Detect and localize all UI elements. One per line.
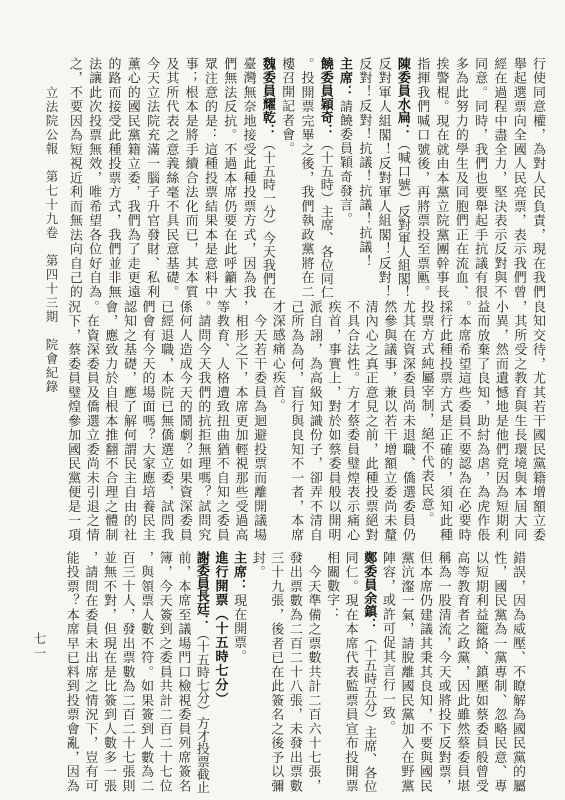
text-column: 百三十人，發出票數為二百二十七張則 xyxy=(119,551,138,793)
gazette-page: 立法院公報 第七十九卷 第四十三期 院會紀錄 行使同意權，為對人民負責，現在我們… xyxy=(0,0,565,800)
text-band-top: 行使同意權，為對人民負責，現在我們舉起選票向全國人民亮票，表示我們曾經在過程中盡… xyxy=(66,57,548,299)
text-column: 。在資深委員及僑選立委尚未引退之情 xyxy=(83,300,102,542)
text-column: ，與領票人數不符。如果簽到人數為二 xyxy=(138,551,157,793)
text-column: 魏委員耀乾：（十五時一分）今天我們在 xyxy=(259,57,278,299)
text-column: 的路而接受此種投票方式，我們並非無 xyxy=(104,57,123,299)
text-column: 係何人造成今天的鬧劇？如果資深委員 xyxy=(176,300,195,542)
text-column: ，其所受之教育與生長環境與本屆大同 xyxy=(511,300,530,542)
text-column: 相關數字： xyxy=(323,551,342,793)
text-column: 饒委員穎奇：（十五時）主席、各位同仁 xyxy=(316,57,335,299)
text-column: 。本席希望這些委員不要認為在必要時 xyxy=(455,300,474,542)
text-column: 派自詡，為高級知識份子，卻弄不清自 xyxy=(306,300,325,542)
text-column: ，請問在委員未出席之情況下，豈有可 xyxy=(82,551,101,793)
text-column: 事；根本是將手續合法化而已，其本質 xyxy=(181,57,200,299)
page-number: 七一 xyxy=(30,632,48,661)
text-column: 己所為為何，盲行與良知不一者，本席 xyxy=(288,300,307,542)
text-column: 主席：請饒委員穎奇發言。 xyxy=(336,57,355,299)
text-column: 及其所代表之意義絲毫不具民意基礎。 xyxy=(162,57,181,299)
text-column: 今天準備之票數共計二百六十七張， xyxy=(305,551,324,793)
text-column: 錯誤，因為威壓、不瞭解為國民黨的屬 xyxy=(509,551,528,793)
text-column: 指揮我們喊口號後，再將票投至票匭。 xyxy=(413,57,432,299)
text-column: 。請問今天我們的抗拒無理嗎？試問究 xyxy=(195,300,214,542)
text-column: 謝委員長廷：（十五時七分）方才投票截止 xyxy=(193,551,212,793)
text-column: 同仁。現在本席代表監票員宣布投開票 xyxy=(342,551,361,793)
text-column: 們會有今天的場面嗎？大家應培養民主 xyxy=(139,300,158,542)
text-column: 益而放棄了良知，助紂為虐，為虎作倀 xyxy=(474,300,493,542)
text-column: 認知之基礎，應了解何謂民主自由的社 xyxy=(120,300,139,542)
text-column: 法讓此次投票無效，唯希望各位好自為 xyxy=(85,57,104,299)
text-column: 樓召開記者會。 xyxy=(278,57,297,299)
text-column: 才深感痛心疾首。 xyxy=(269,300,288,542)
text-column: 尤其在資深委員尚未退職、僑選委員仍 xyxy=(399,300,418,542)
text-column: 眾注意的是：這種投票結果本是意料中 xyxy=(201,57,220,299)
text-column: 發出票數為二百二十八張，未發出票數 xyxy=(286,551,305,793)
text-column: 三十九張，後者已在此簽名之後予以彌 xyxy=(268,551,287,793)
text-column: 薰心的國民黨籍立委，我們為了走更遠 xyxy=(123,57,142,299)
text-column: 性，國民黨為一黨專制、忽略民意、專 xyxy=(491,551,510,793)
text-column: 今天立法院充滿一腦子升官發財、私利 xyxy=(143,57,162,299)
text-column: 稱為一股清流，今天或將投下反對票， xyxy=(435,551,454,793)
text-column: 但本席仍建議其秉其良知，不要與國民 xyxy=(416,551,435,793)
text-column: 簿，今天簽到之委員共計二百二十七位 xyxy=(156,551,175,793)
text-column: 能投票？本席早已料到投票會亂，因為 xyxy=(63,551,82,793)
text-column: 反對！反對！抗議！抗議！抗議！ xyxy=(355,57,374,299)
text-band-middle: 良知交待，尤其若干國民黨籍增額立委，其所受之教育與生長環境與本屆大同小異，然而遺… xyxy=(65,300,548,542)
gazette-margin-title: 立法院公報 第七十九卷 第四十三期 院會紀錄 xyxy=(42,86,60,394)
text-column: 黨沆瀣一氣，請脫離國民黨加入在野黨 xyxy=(398,551,417,793)
text-column: 小異，然而遺憾地是他們竟因為短期利 xyxy=(492,300,511,542)
text-column: 多為此努力的學生及同胞們正在流血、 xyxy=(452,57,471,299)
text-column: 挨警棍。現在就由本黨立院黨團幹事長 xyxy=(432,57,451,299)
text-column: 前，本席至議場門口檢視委員列席簽名 xyxy=(175,551,194,793)
text-column: 以短期利益籠絡、鎮壓如蔡委員般曾受 xyxy=(472,551,491,793)
text-column: 良知交待，尤其若干國民黨籍增額立委 xyxy=(529,300,548,542)
text-column: 疾首，事實上，對於如蔡委員般以開明 xyxy=(325,300,344,542)
text-column: 今天若干委員為迴避投票而離開議場 xyxy=(251,300,270,542)
text-column: 主席：現在開票。 xyxy=(231,551,250,793)
text-column: 陳委員水扁：（喊口號）反對軍人組閣！ xyxy=(394,57,413,299)
text-column: 鄭委員余鎮：（十五時五分）主席、各位 xyxy=(361,551,380,793)
text-column: 同意。同時，我們也要舉起手抗議有很 xyxy=(471,57,490,299)
text-column: 臺灣無奈地接受此種投票方式，因為我 xyxy=(239,57,258,299)
text-column: 投票方式純屬宰制，絕不代表民意。 xyxy=(418,300,437,542)
text-band-bottom: 錯誤，因為威壓、不瞭解為國民黨的屬性，國民黨為一黨專制、忽略民意、專以短期利益籠… xyxy=(63,551,528,793)
text-column: ，相形之下，本席更加輕視那些受過高 xyxy=(232,300,251,542)
text-column: 舉起選票向全國人民亮票，表示我們曾 xyxy=(509,57,528,299)
text-column: 經在過程中盡全力，堅決表示反對與不 xyxy=(490,57,509,299)
text-column: 高等教育者之政黨，因此雖然蔡委員堪 xyxy=(454,551,473,793)
text-column: 不具合法性。方才蔡委員璧煌表示痛心 xyxy=(343,300,362,542)
text-column: 陣容，或許可促其言行一致。 xyxy=(379,551,398,793)
text-column: 已經退職，本院已無僑選立委，試問我 xyxy=(158,300,177,542)
text-column: 清內心之真正意見之前，此種投票絕對 xyxy=(362,300,381,542)
text-column: 採行此種投票方式是正確的，須知此種 xyxy=(436,300,455,542)
text-column: 們無法反抗。不過本席仍要在此呼籲大 xyxy=(220,57,239,299)
text-column: 反對軍人組閣！反對軍人組閣！反對！ xyxy=(374,57,393,299)
text-column: 進行開票（十五時七分） xyxy=(212,551,231,793)
text-column: 況下，蔡委員璧煌參加國民黨便是一項 xyxy=(65,300,84,542)
text-column: 行使同意權，為對人民負責，現在我們 xyxy=(529,57,548,299)
text-column: 會，應致力於自根本推翻不合理之體制 xyxy=(102,300,121,542)
text-column: 。投開票完畢之後，我們執政黨將在二 xyxy=(297,57,316,299)
text-column: 然參與議事，兼以若干增額立委尚未釐 xyxy=(381,300,400,542)
text-column: 封。 xyxy=(249,551,268,793)
text-column: 並無不對，但現在是比簽到人數多一張 xyxy=(100,551,119,793)
text-column: 等教育、人格遭致扭曲猶不自知之委員 xyxy=(213,300,232,542)
text-column: 之，不要因為短視近利而無法向自己的 xyxy=(66,57,85,299)
